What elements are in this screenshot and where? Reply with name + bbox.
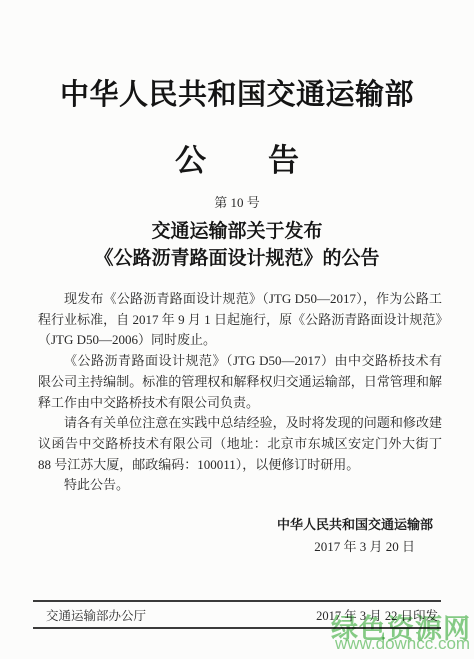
body-paragraph-2: 《公路沥青路面设计规范》（JTG D50—2017）由中交路桥技术有限公司主持编… bbox=[38, 351, 442, 413]
closing-line: 特此公告。 bbox=[38, 475, 442, 496]
issue-number: 第 10 号 bbox=[0, 192, 474, 211]
footer-office-label: 交通运输部办公厅 bbox=[46, 606, 146, 624]
subject-line-1: 交通运输部关于发布 bbox=[0, 218, 474, 245]
announcement-document-page: 中华人民共和国交通运输部 公 告 第 10 号 交通运输部关于发布 《公路沥青路… bbox=[0, 0, 474, 659]
subject-line-2: 《公路沥青路面设计规范》的公告 bbox=[0, 245, 474, 272]
watermark-site-url: www.downcc.com bbox=[335, 634, 470, 654]
announcement-heading: 公 告 bbox=[0, 135, 474, 180]
signature-date: 2017 年 3 月 20 日 bbox=[314, 536, 415, 555]
announcement-subject: 交通运输部关于发布 《公路沥青路面设计规范》的公告 bbox=[0, 218, 474, 272]
body-paragraph-1: 现发布《公路沥青路面设计规范》（JTG D50—2017），作为公路工程行业标准… bbox=[38, 289, 442, 351]
announcement-body: 现发布《公路沥青路面设计规范》（JTG D50—2017），作为公路工程行业标准… bbox=[38, 289, 442, 496]
footer-top-rule bbox=[33, 600, 441, 602]
ministry-title: 中华人民共和国交通运输部 bbox=[0, 72, 474, 113]
signature-issuer: 中华人民共和国交通运输部 bbox=[277, 514, 433, 533]
body-paragraph-3: 请各有关单位注意在实践中总结经验，及时将发现的问题和修改建议函告中交路桥技术有限… bbox=[38, 413, 442, 475]
